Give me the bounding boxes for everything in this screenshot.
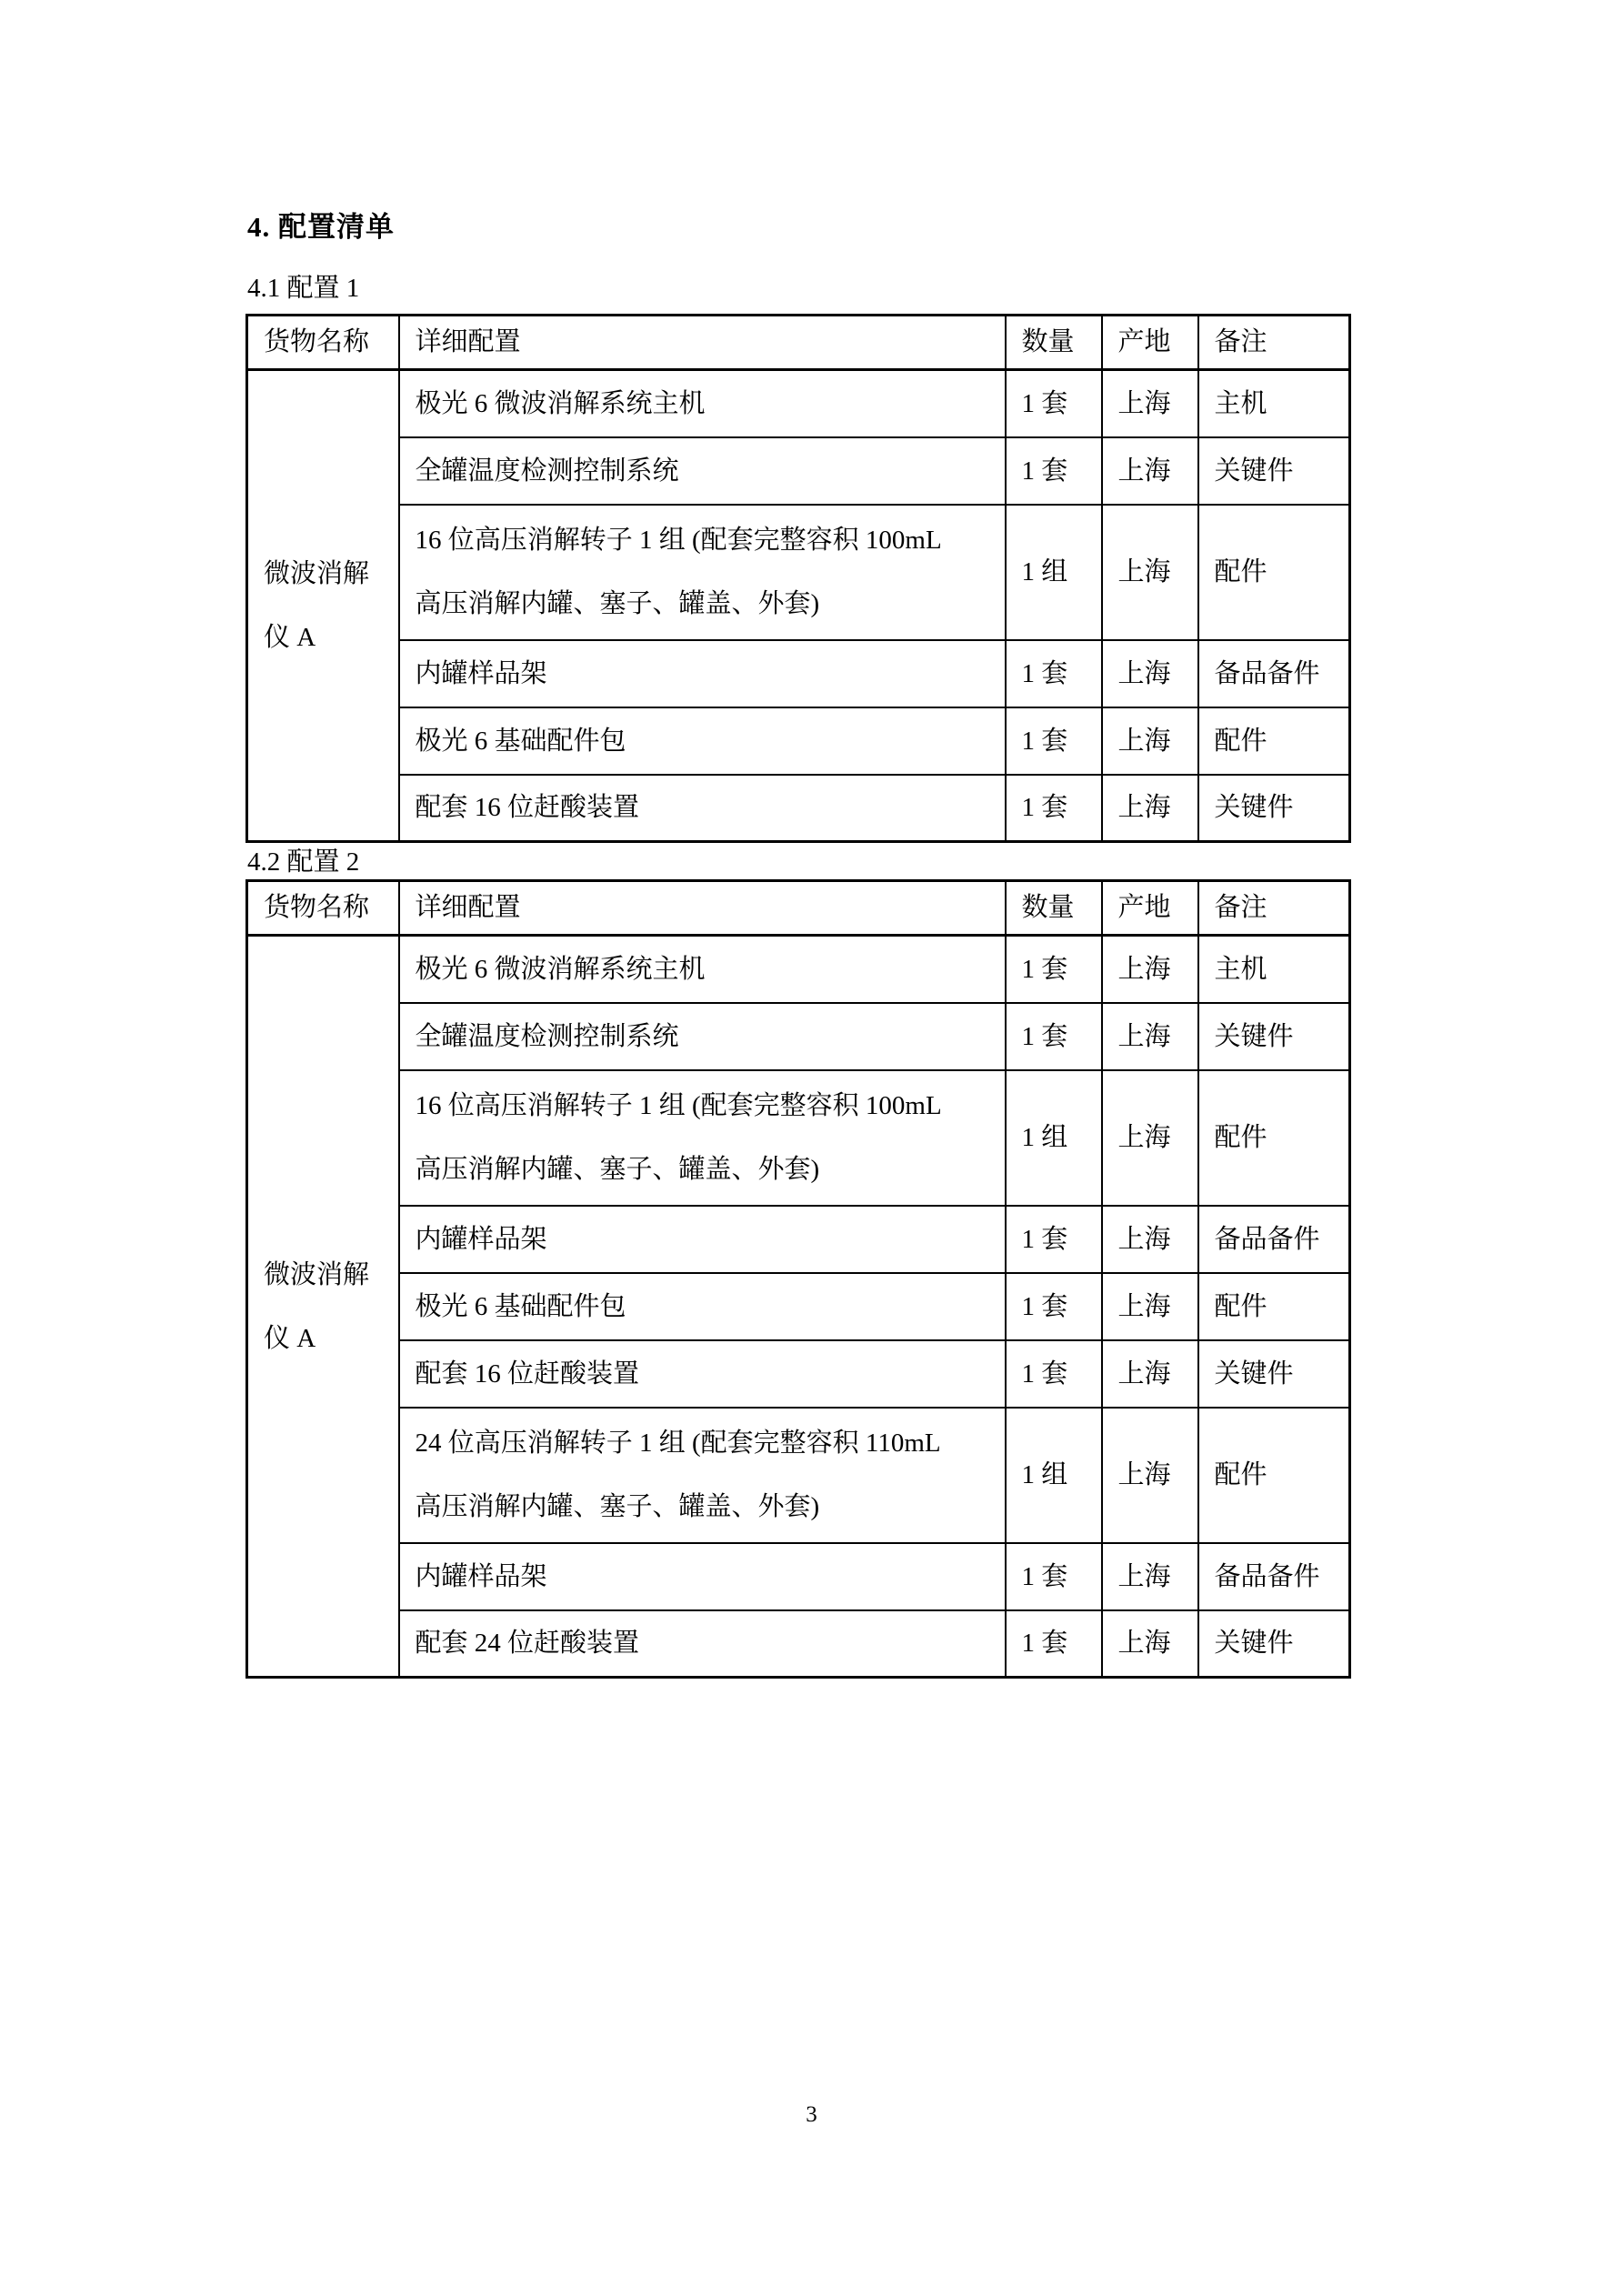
detail-cell: 极光 6 基础配件包 [399, 707, 1006, 775]
note-cell: 关键件 [1198, 775, 1350, 842]
page-number: 3 [0, 2102, 1623, 2128]
note-cell: 配件 [1198, 1070, 1350, 1206]
table-header-row: 货物名称 详细配置 数量 产地 备注 [247, 316, 1350, 370]
origin-cell: 上海 [1102, 437, 1198, 505]
origin-cell: 上海 [1102, 1543, 1198, 1610]
note-cell: 主机 [1198, 370, 1350, 437]
header-goods-name: 货物名称 [247, 316, 399, 370]
detail-cell: 极光 6 微波消解系统主机 [399, 936, 1006, 1003]
detail-cell: 极光 6 基础配件包 [399, 1273, 1006, 1340]
table-row: 16 位高压消解转子 1 组 (配套完整容积 100mL 高压消解内罐、塞子、罐… [247, 1070, 1350, 1206]
config-table-2: 货物名称 详细配置 数量 产地 备注 微波消解仪 A 极光 6 微波消解系统主机… [245, 879, 1351, 1679]
table-row: 全罐温度检测控制系统 1 套 上海 关键件 [247, 437, 1350, 505]
detail-cell: 16 位高压消解转子 1 组 (配套完整容积 100mL 高压消解内罐、塞子、罐… [399, 1070, 1006, 1206]
table-row: 24 位高压消解转子 1 组 (配套完整容积 110mL 高压消解内罐、塞子、罐… [247, 1408, 1350, 1543]
header-goods-name: 货物名称 [247, 881, 399, 936]
note-cell: 备品备件 [1198, 1206, 1350, 1273]
table-row: 内罐样品架 1 套 上海 备品备件 [247, 640, 1350, 707]
header-detail-config: 详细配置 [399, 316, 1006, 370]
note-cell: 备品备件 [1198, 1543, 1350, 1610]
note-cell: 配件 [1198, 1408, 1350, 1543]
qty-cell: 1 套 [1006, 640, 1102, 707]
origin-cell: 上海 [1102, 1206, 1198, 1273]
qty-cell: 1 套 [1006, 1543, 1102, 1610]
note-cell: 主机 [1198, 936, 1350, 1003]
table-row: 配套 16 位赶酸装置 1 套 上海 关键件 [247, 775, 1350, 842]
document-page: 4. 配置清单 4.1 配置 1 货物名称 详细配置 数量 产地 备注 微波消解… [0, 0, 1623, 2296]
origin-cell: 上海 [1102, 1408, 1198, 1543]
table-row: 内罐样品架 1 套 上海 备品备件 [247, 1543, 1350, 1610]
origin-cell: 上海 [1102, 370, 1198, 437]
header-quantity: 数量 [1006, 316, 1102, 370]
table-row: 内罐样品架 1 套 上海 备品备件 [247, 1206, 1350, 1273]
detail-cell: 配套 24 位赶酸装置 [399, 1610, 1006, 1678]
table-row: 16 位高压消解转子 1 组 (配套完整容积 100mL 高压消解内罐、塞子、罐… [247, 505, 1350, 640]
section-1-title: 4.1 配置 1 [247, 273, 359, 304]
table-row: 微波消解仪 A 极光 6 微波消解系统主机 1 套 上海 主机 [247, 936, 1350, 1003]
qty-cell: 1 套 [1006, 1340, 1102, 1408]
origin-cell: 上海 [1102, 1610, 1198, 1678]
detail-cell: 全罐温度检测控制系统 [399, 437, 1006, 505]
note-cell: 配件 [1198, 707, 1350, 775]
detail-cell: 配套 16 位赶酸装置 [399, 1340, 1006, 1408]
detail-cell: 24 位高压消解转子 1 组 (配套完整容积 110mL 高压消解内罐、塞子、罐… [399, 1408, 1006, 1543]
detail-cell: 16 位高压消解转子 1 组 (配套完整容积 100mL 高压消解内罐、塞子、罐… [399, 505, 1006, 640]
origin-cell: 上海 [1102, 1070, 1198, 1206]
origin-cell: 上海 [1102, 505, 1198, 640]
origin-cell: 上海 [1102, 707, 1198, 775]
note-cell: 关键件 [1198, 1003, 1350, 1070]
origin-cell: 上海 [1102, 640, 1198, 707]
qty-cell: 1 组 [1006, 505, 1102, 640]
qty-cell: 1 套 [1006, 1003, 1102, 1070]
table-row: 极光 6 基础配件包 1 套 上海 配件 [247, 707, 1350, 775]
note-cell: 备品备件 [1198, 640, 1350, 707]
table-row: 微波消解仪 A 极光 6 微波消解系统主机 1 套 上海 主机 [247, 370, 1350, 437]
note-cell: 关键件 [1198, 1340, 1350, 1408]
detail-cell: 配套 16 位赶酸装置 [399, 775, 1006, 842]
header-remarks: 备注 [1198, 316, 1350, 370]
origin-cell: 上海 [1102, 1340, 1198, 1408]
section-2-title: 4.2 配置 2 [247, 847, 359, 877]
detail-cell: 内罐样品架 [399, 640, 1006, 707]
detail-cell: 极光 6 微波消解系统主机 [399, 370, 1006, 437]
header-origin: 产地 [1102, 316, 1198, 370]
qty-cell: 1 套 [1006, 1273, 1102, 1340]
page-heading: 4. 配置清单 [247, 211, 395, 244]
qty-cell: 1 套 [1006, 437, 1102, 505]
table-row: 全罐温度检测控制系统 1 套 上海 关键件 [247, 1003, 1350, 1070]
group-label-cell: 微波消解仪 A [247, 936, 399, 1678]
config-table-1: 货物名称 详细配置 数量 产地 备注 微波消解仪 A 极光 6 微波消解系统主机… [245, 314, 1351, 843]
table-row: 配套 16 位赶酸装置 1 套 上海 关键件 [247, 1340, 1350, 1408]
group-label-cell: 微波消解仪 A [247, 370, 399, 842]
origin-cell: 上海 [1102, 1003, 1198, 1070]
qty-cell: 1 套 [1006, 707, 1102, 775]
note-cell: 配件 [1198, 1273, 1350, 1340]
note-cell: 配件 [1198, 505, 1350, 640]
header-quantity: 数量 [1006, 881, 1102, 936]
origin-cell: 上海 [1102, 936, 1198, 1003]
origin-cell: 上海 [1102, 775, 1198, 842]
qty-cell: 1 套 [1006, 936, 1102, 1003]
note-cell: 关键件 [1198, 437, 1350, 505]
header-detail-config: 详细配置 [399, 881, 1006, 936]
table-row: 极光 6 基础配件包 1 套 上海 配件 [247, 1273, 1350, 1340]
qty-cell: 1 组 [1006, 1070, 1102, 1206]
table-header-row: 货物名称 详细配置 数量 产地 备注 [247, 881, 1350, 936]
qty-cell: 1 套 [1006, 1610, 1102, 1678]
detail-cell: 全罐温度检测控制系统 [399, 1003, 1006, 1070]
detail-cell: 内罐样品架 [399, 1206, 1006, 1273]
qty-cell: 1 套 [1006, 370, 1102, 437]
qty-cell: 1 套 [1006, 1206, 1102, 1273]
header-origin: 产地 [1102, 881, 1198, 936]
origin-cell: 上海 [1102, 1273, 1198, 1340]
qty-cell: 1 套 [1006, 775, 1102, 842]
table-row: 配套 24 位赶酸装置 1 套 上海 关键件 [247, 1610, 1350, 1678]
qty-cell: 1 组 [1006, 1408, 1102, 1543]
detail-cell: 内罐样品架 [399, 1543, 1006, 1610]
note-cell: 关键件 [1198, 1610, 1350, 1678]
header-remarks: 备注 [1198, 881, 1350, 936]
